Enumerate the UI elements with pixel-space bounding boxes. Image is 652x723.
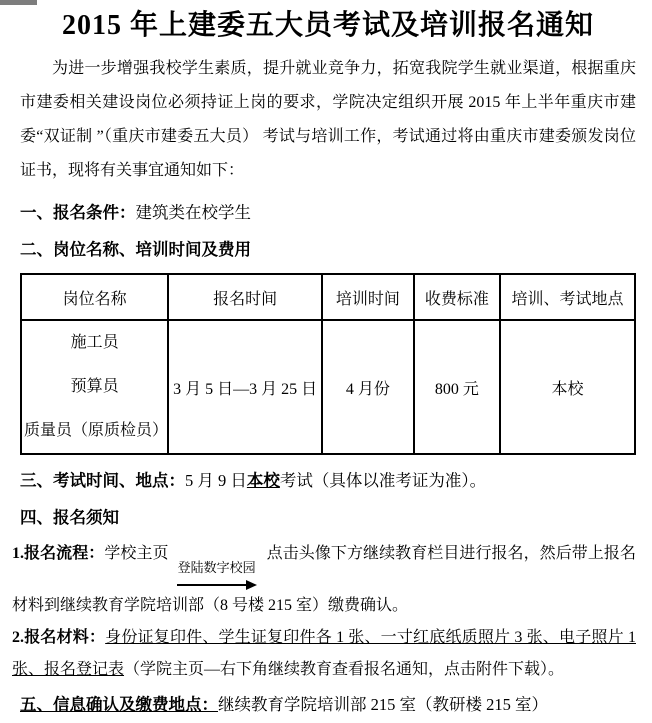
position-item: 预算员 [24,365,165,409]
position-item: 施工员 [24,321,165,365]
signup-materials-item: 2.报名材料：身份证复印件、学生证复印件各 1 张、一寸红底纸质照片 3 张、电… [12,622,636,686]
notice-document: 2015 年上建委五大员考试及培训报名通知 为进一步增强我校学生素质，提升就业竞… [0,0,652,723]
section-three-heading: 三、考试时间、地点： [20,471,185,490]
section-four-heading: 四、报名须知 [20,508,119,527]
section-five-text: 继续教育学院培训部 215 室（教研楼 215 室） [218,695,548,714]
fee-table: 岗位名称 报名时间 培训时间 收费标准 培训、考试地点 施工员 预算员 质量员（… [20,273,636,455]
section-one: 一、报名条件：建筑类在校学生 [20,194,636,231]
signup-process-item: 1.报名流程：学校主页登陆数字校园点击头像下方继续教育栏目进行报名，然后带上报名… [12,538,636,622]
section-one-heading: 一、报名条件： [20,203,136,222]
flow-step-label: 登陆数字校园 [177,560,257,575]
section-three-emphasis: 本校 [247,471,280,490]
section-three-before: 5 月 9 日 [185,471,247,490]
cell-location: 本校 [500,320,635,454]
section-four: 四、报名须知 [20,499,636,536]
header-signup-time: 报名时间 [168,274,322,320]
header-location: 培训、考试地点 [500,274,635,320]
cell-signup-time: 3 月 5 日—3 月 25 日 [168,320,322,454]
fee-table-data-row: 施工员 预算员 质量员（原质检员） 3 月 5 日—3 月 25 日 4 月份 … [21,320,635,454]
cell-fee: 800 元 [414,320,500,454]
intro-paragraph: 为进一步增强我校学生素质，提升就业竞争力，拓宽我院学生就业渠道，根据重庆市建委相… [20,52,636,188]
position-item: 质量员（原质检员） [24,409,165,453]
signup-process-label: 1.报名流程： [12,545,104,562]
signup-process-start: 学校主页 [104,545,168,562]
right-arrow-icon [177,580,257,590]
header-position: 岗位名称 [21,274,168,320]
header-training-time: 培训时间 [322,274,414,320]
signup-materials-label: 2.报名材料： [12,629,105,646]
flow-step: 登陆数字校园 [177,560,257,590]
section-five-heading: 五、信息确认及缴费地点： [20,695,218,714]
window-edge-artifact [0,0,37,5]
section-one-text: 建筑类在校学生 [136,203,252,222]
section-three: 三、考试时间、地点：5 月 9 日本校考试（具体以准考证为准）。 [20,462,636,499]
fee-table-header-row: 岗位名称 报名时间 培训时间 收费标准 培训、考试地点 [21,274,635,320]
cell-positions: 施工员 预算员 质量员（原质检员） [21,320,168,454]
section-five: 五、信息确认及缴费地点：继续教育学院培训部 215 室（教研楼 215 室） [20,686,636,723]
section-two-heading: 二、岗位名称、培训时间及费用 [20,240,251,259]
page-title: 2015 年上建委五大员考试及培训报名通知 [20,8,636,44]
section-three-after: 考试（具体以准考证为准）。 [280,471,486,490]
cell-training-time: 4 月份 [322,320,414,454]
header-fee: 收费标准 [414,274,500,320]
signup-materials-plain: （学院主页—右下角继续教育查看报名通知，点击附件下载）。 [124,661,564,678]
section-two: 二、岗位名称、培训时间及费用 [20,231,636,268]
